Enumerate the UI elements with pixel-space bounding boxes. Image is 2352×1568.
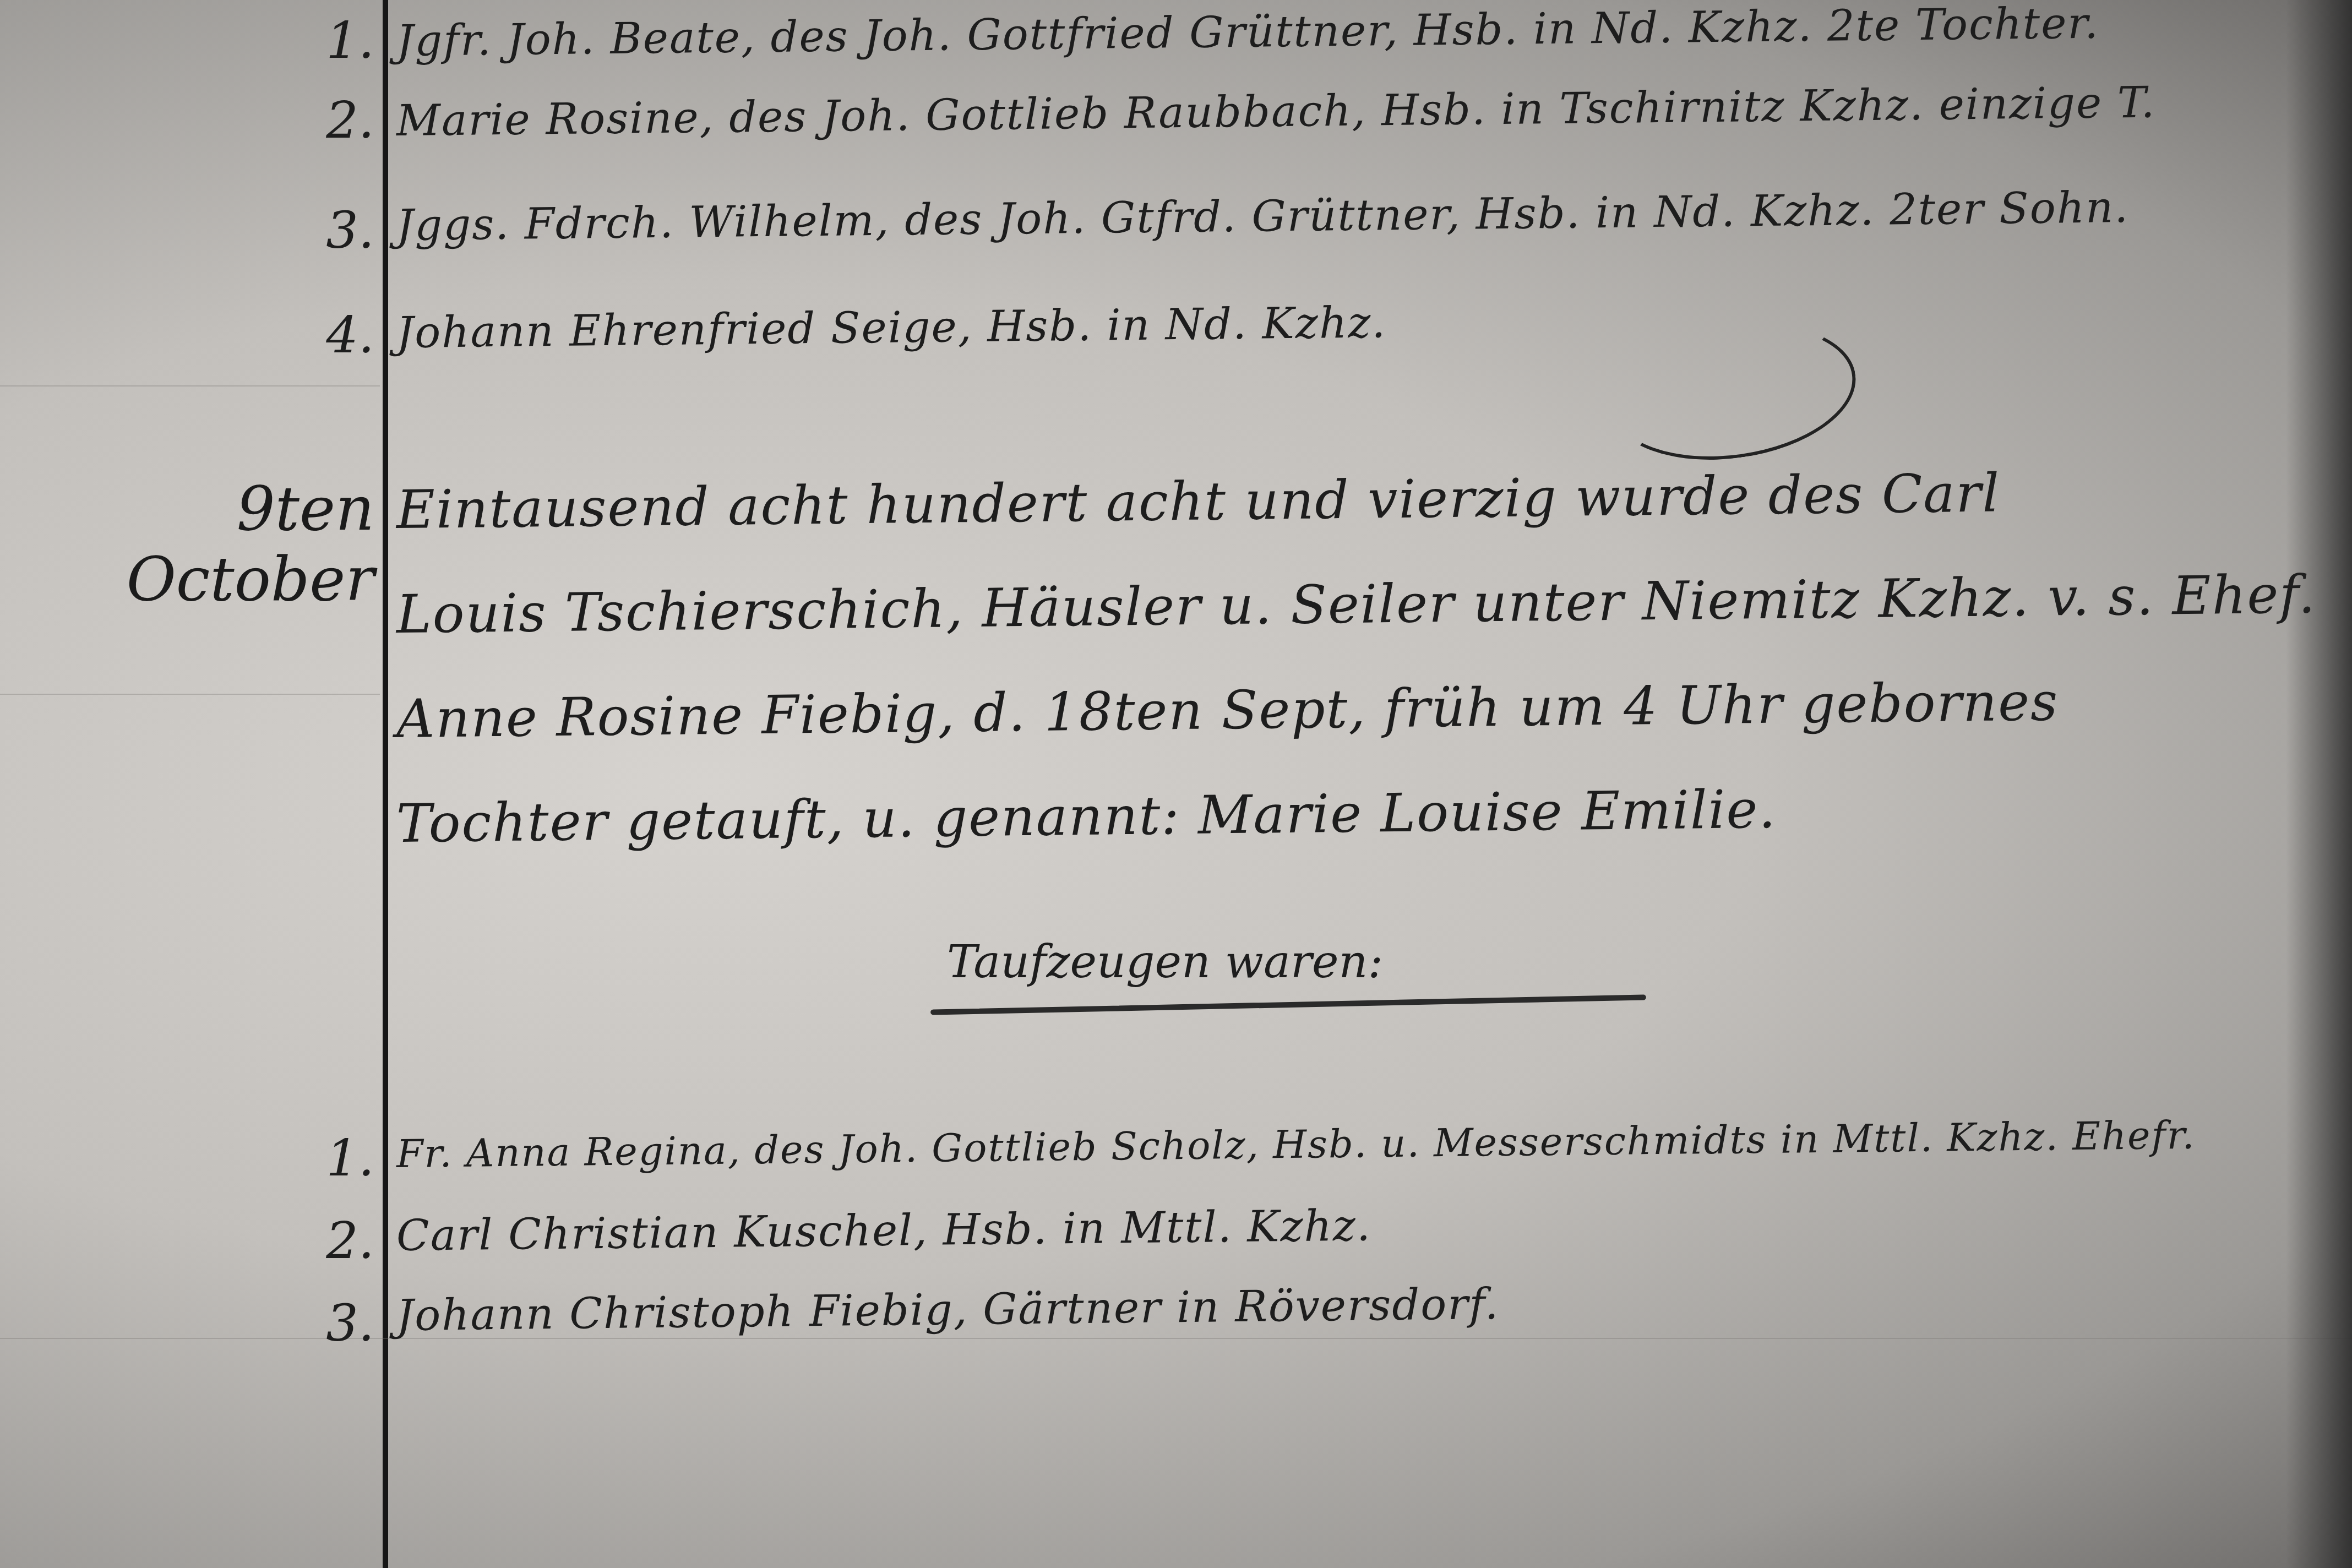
list-number: 1.: [308, 1129, 374, 1188]
list-item: Johann Christoph Fiebig, Gärtner in Röve…: [396, 1280, 1500, 1341]
column-divider: [383, 0, 388, 1568]
list-item: Jgfr. Joh. Beate, des Joh. Gottfried Grü…: [396, 0, 2100, 66]
ruled-line: [0, 385, 380, 386]
list-item: Fr. Anna Regina, des Joh. Gottlieb Schol…: [396, 1113, 2196, 1177]
list-number: 2.: [308, 91, 374, 150]
ruled-line: [0, 694, 380, 695]
list-number: 1.: [308, 11, 374, 70]
list-item: Jggs. Fdrch. Wilhelm, des Joh. Gtfrd. Gr…: [396, 183, 2130, 251]
entry-line: Louis Tschierschich, Häusler u. Seiler u…: [396, 563, 2316, 645]
register-page: 1. Jgfr. Joh. Beate, des Joh. Gottfried …: [0, 0, 2352, 1568]
entry-line: Tochter getauft, u. genannt: Marie Louis…: [396, 778, 1777, 854]
list-item: Marie Rosine, des Joh. Gottlieb Raubbach…: [396, 78, 2156, 146]
list-number: 3.: [308, 201, 374, 260]
list-number: 3.: [308, 1294, 374, 1353]
list-number: 4.: [308, 306, 374, 364]
entry-date: 9ten October: [0, 473, 374, 614]
entry-line: Eintausend acht hundert acht und vierzig…: [396, 462, 2000, 541]
list-number: 2.: [308, 1211, 374, 1270]
flourish-oval: [1599, 308, 1864, 475]
list-item: Carl Christian Kuschel, Hsb. in Mttl. Kz…: [396, 1201, 1372, 1261]
heading-underline: [930, 994, 1646, 1015]
entry-line: Anne Rosine Fiebig, d. 18ten Sept, früh …: [396, 671, 2059, 750]
godparents-heading: Taufzeugen waren:: [947, 936, 1383, 988]
list-item: Johann Ehrenfried Seige, Hsb. in Nd. Kzh…: [396, 298, 1387, 358]
